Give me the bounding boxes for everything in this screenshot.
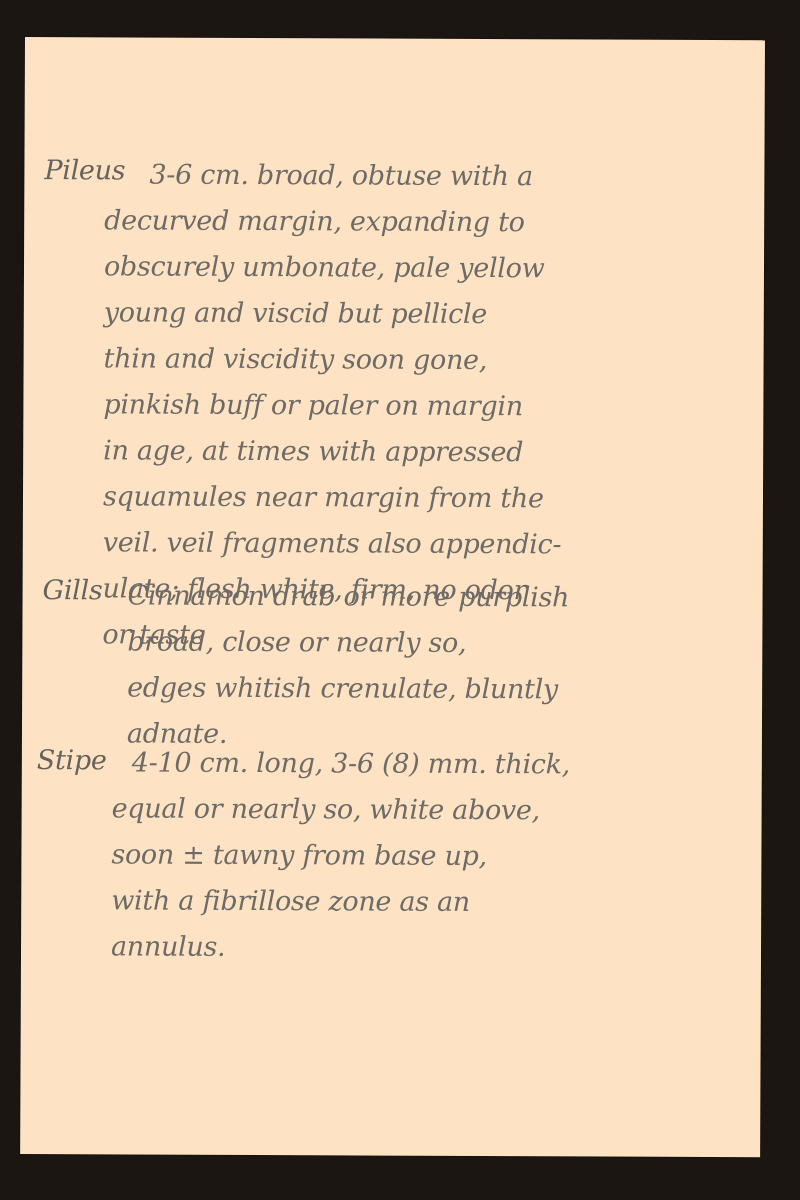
entry-line: thin and viscidity soon gone,	[104, 345, 488, 374]
entry-stipe: Stipe 4-10 cm. long, 3-6 (8) mm. thick, …	[25, 37, 765, 40]
entry-line: soon ± tawny from base up,	[111, 841, 487, 870]
entry-line: Cinnamon drab or more purplish	[128, 582, 570, 611]
entry-term: Stipe	[37, 747, 107, 774]
entry-line: equal or nearly so, white above,	[112, 795, 540, 824]
entry-line: in age, at times with appressed	[103, 437, 523, 466]
entry-line: adnate.	[127, 720, 227, 747]
entry-line: young and viscid but pellicle	[104, 299, 487, 328]
index-card: Pileus 3-6 cm. broad, obtuse with a decu…	[20, 37, 765, 1157]
entry-term: Gills	[43, 577, 103, 604]
entry-term: Pileus	[44, 157, 125, 184]
entry-gills: Gills Cinnamon drab or more purplish bro…	[25, 37, 765, 40]
entry-line: pinkish buff or paler on margin	[103, 391, 523, 420]
entry-line: broad, close or nearly so,	[127, 628, 466, 656]
entry-line: with a fibrillose zone as an	[111, 887, 470, 916]
entry-line: obscurely umbonate, pale yellow	[104, 253, 545, 282]
entry-line: 4-10 cm. long, 3-6 (8) mm. thick,	[132, 749, 570, 778]
entry-line: edges whitish crenulate, bluntly	[127, 674, 558, 703]
entry-line: squamules near margin from the	[103, 483, 544, 512]
entry-line: decurved margin, expanding to	[104, 207, 525, 236]
entry-line: 3-6 cm. broad, obtuse with a	[149, 162, 533, 191]
entry-line: veil. veil fragments also appendic-	[103, 529, 562, 558]
entry-line: annulus.	[111, 933, 225, 960]
entry-pileus: Pileus 3-6 cm. broad, obtuse with a decu…	[25, 37, 765, 40]
